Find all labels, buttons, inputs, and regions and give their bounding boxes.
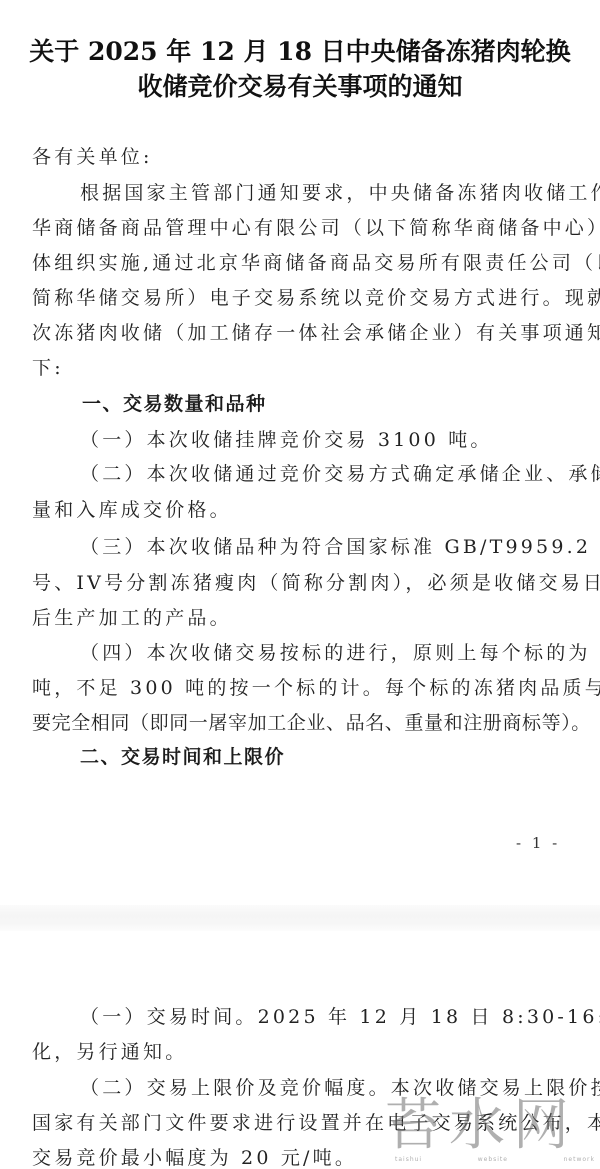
section-heading-1: 一、交易数量和品种	[82, 387, 267, 421]
section1-item-4-cont: 要完全相同（即同一屠宰加工企业、品名、重量和注册商标等）。	[32, 706, 562, 740]
document-page-2: （一）交易时间。2025 年 12 月 18 日 8:30-16:30。如有变 …	[0, 931, 600, 1169]
section1-item-3: （三）本次收储品种为符合国家标准 GB/T9959.2 的国产II	[80, 530, 562, 564]
document-title-line-1: 关于 2025 年 12 月 18 日中央储备冻猪肉轮换	[0, 35, 600, 69]
intro-line: 根据国家主管部门通知要求，中央储备冻猪肉收储工作由	[80, 176, 562, 210]
page-separator	[0, 905, 600, 931]
section-heading-2: 二、交易时间和上限价	[80, 740, 285, 774]
section2-item-1-cont: 化，另行通知。	[32, 1035, 562, 1069]
section1-item-3-cont: 号、IV号分割冻猪瘦肉（简称分割肉），必须是收储交易日之	[32, 566, 562, 600]
intro-line: 次冻猪肉收储（加工储存一体社会承储企业）有关事项通知如	[32, 316, 562, 350]
page-number: - 1 -	[516, 833, 560, 853]
section1-item-4: （四）本次收储交易按标的进行，原则上每个标的为 300	[80, 636, 562, 670]
section2-item-2-cont: 交易竞价最小幅度为 20 元/吨。	[32, 1141, 562, 1169]
section1-item-1: （一）本次收储挂牌竞价交易 3100 吨。	[80, 423, 562, 457]
document-page-1: 关于 2025 年 12 月 18 日中央储备冻猪肉轮换 收储竞价交易有关事项的…	[0, 0, 600, 905]
intro-line: 简称华储交易所）电子交易系统以竞价交易方式进行。现就本	[32, 281, 562, 315]
section2-item-2-cont: 国家有关部门文件要求进行设置并在电子交易系统公布，本次	[32, 1106, 562, 1140]
section2-item-1: （一）交易时间。2025 年 12 月 18 日 8:30-16:30。如有变	[80, 1000, 562, 1034]
salutation: 各有关单位:	[32, 140, 562, 174]
section2-item-2: （二）交易上限价及竞价幅度。本次收储交易上限价按照	[80, 1071, 562, 1105]
section1-item-3-cont: 后生产加工的产品。	[32, 601, 562, 635]
document-title-line-2: 收储竞价交易有关事项的通知	[0, 70, 600, 104]
section1-item-4-cont: 吨，不足 300 吨的按一个标的计。每个标的冻猪肉品质与包装	[32, 671, 562, 705]
section1-item-2-cont: 量和入库成交价格。	[32, 493, 562, 527]
section1-item-2: （二）本次收储通过竞价交易方式确定承储企业、承储数	[80, 457, 562, 491]
intro-line: 体组织实施,通过北京华商储备商品交易所有限责任公司（以下	[32, 246, 562, 280]
intro-line: 下:	[32, 351, 562, 385]
intro-line: 华商储备商品管理中心有限公司（以下简称华商储备中心）具	[32, 211, 562, 245]
